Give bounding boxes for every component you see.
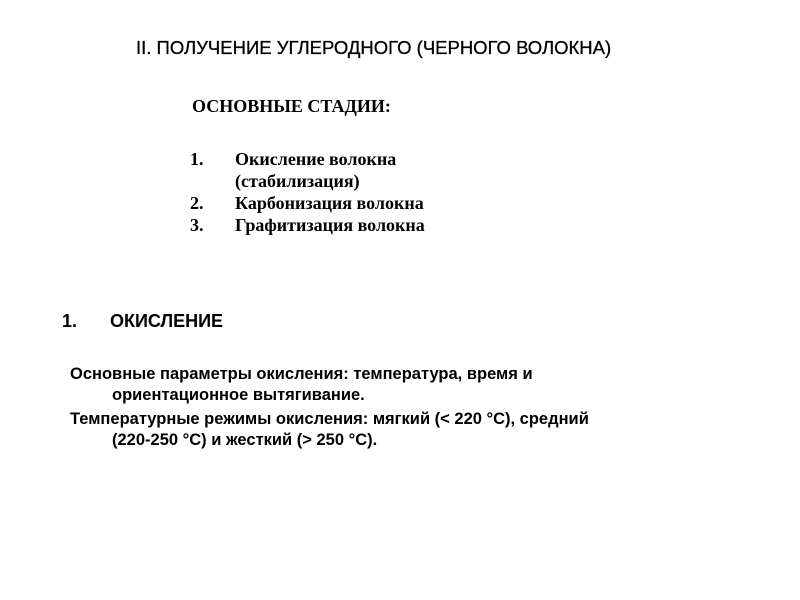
stage-item: 2. Карбонизация волокна: [190, 192, 425, 214]
section-title: ОКИСЛЕНИЕ: [110, 311, 223, 331]
stage-item: 1. Окисление волокна (стабилизация): [190, 148, 425, 192]
stage-number: 3.: [190, 214, 204, 236]
stage-text: Графитизация волокна: [235, 215, 425, 235]
paragraph-parameters: Основные параметры окисления: температур…: [70, 364, 750, 406]
section-heading: 1.ОКИСЛЕНИЕ: [62, 311, 223, 332]
stage-text: Карбонизация волокна: [235, 193, 424, 213]
paragraph-line-continued: (220-250 °C) и жесткий (> 250 °C).: [70, 430, 750, 451]
section-number: 1.: [62, 311, 110, 332]
stages-heading: ОСНОВНЫЕ СТАДИИ:: [192, 96, 391, 117]
paragraph-line: Температурные режимы окисления: мягкий (…: [70, 410, 589, 428]
stage-number: 2.: [190, 192, 204, 214]
paragraph-line: Основные параметры окисления: температур…: [70, 365, 533, 383]
stages-list: 1. Окисление волокна (стабилизация) 2. К…: [190, 148, 425, 236]
stage-text: Окисление волокна: [235, 149, 396, 169]
stage-item: 3. Графитизация волокна: [190, 214, 425, 236]
stage-text-continued: (стабилизация): [235, 171, 360, 191]
paragraph-temperature-modes: Температурные режимы окисления: мягкий (…: [70, 409, 750, 451]
stage-number: 1.: [190, 148, 204, 170]
slide-title: II. ПОЛУЧЕНИЕ УГЛЕРОДНОГО (ЧЕРНОГО ВОЛОК…: [136, 37, 611, 59]
paragraph-line-continued: ориентационное вытягивание.: [70, 385, 750, 406]
